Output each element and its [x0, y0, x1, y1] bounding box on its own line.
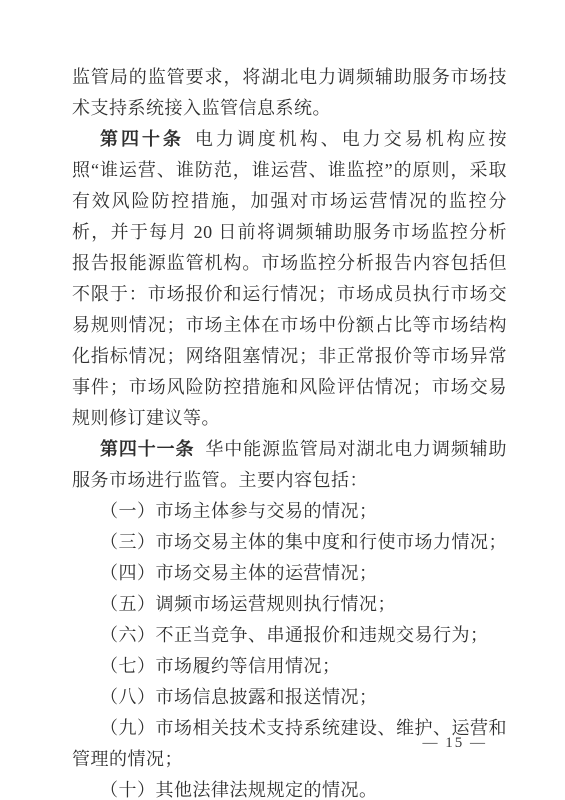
continuation-paragraph: 监管局的监管要求，将湖北电力调频辅助服务市场技术支持系统接入监管信息系统。: [72, 62, 507, 124]
continuation-paragraph-text: 监管局的监管要求，将湖北电力调频辅助服务市场技术支持系统接入监管信息系统。: [72, 67, 507, 118]
list-item-6: （七）市场履约等信用情况；: [72, 651, 507, 682]
article-41-paragraph: 第四十一条华中能源监管局对湖北电力调频辅助服务市场进行监管。主要内容包括：: [72, 434, 507, 496]
list-item-2: （三）市场交易主体的集中度和行使市场力情况；: [72, 527, 507, 558]
list-item-3: （四）市场交易主体的运营情况；: [72, 558, 507, 589]
list-item-4: （五）调频市场运营规则执行情况；: [72, 589, 507, 620]
list-item-7: （八）市场信息披露和报送情况；: [72, 682, 507, 713]
article-41-number: 第四十一条: [100, 439, 194, 459]
article-40-paragraph: 第四十条电力调度机构、电力交易机构应按照“谁运营、谁防范，谁运营、谁监控”的原则…: [72, 124, 507, 434]
list-item-5: （六）不正当竞争、串通报价和违规交易行为；: [72, 620, 507, 651]
list-item-1: （一）市场主体参与交易的情况；: [72, 496, 507, 527]
article-40-number: 第四十条: [100, 129, 184, 149]
document-body: 监管局的监管要求，将湖北电力调频辅助服务市场技术支持系统接入监管信息系统。 第四…: [72, 62, 507, 800]
article-40-text: 电力调度机构、电力交易机构应按照“谁运营、谁防范，谁运营、谁监控”的原则，采取有…: [72, 129, 507, 428]
document-page: 监管局的监管要求，将湖北电力调频辅助服务市场技术支持系统接入监管信息系统。 第四…: [0, 0, 565, 800]
page-number: — 15 —: [423, 735, 488, 752]
list-item-9: （十）其他法律法规规定的情况。: [72, 775, 507, 800]
